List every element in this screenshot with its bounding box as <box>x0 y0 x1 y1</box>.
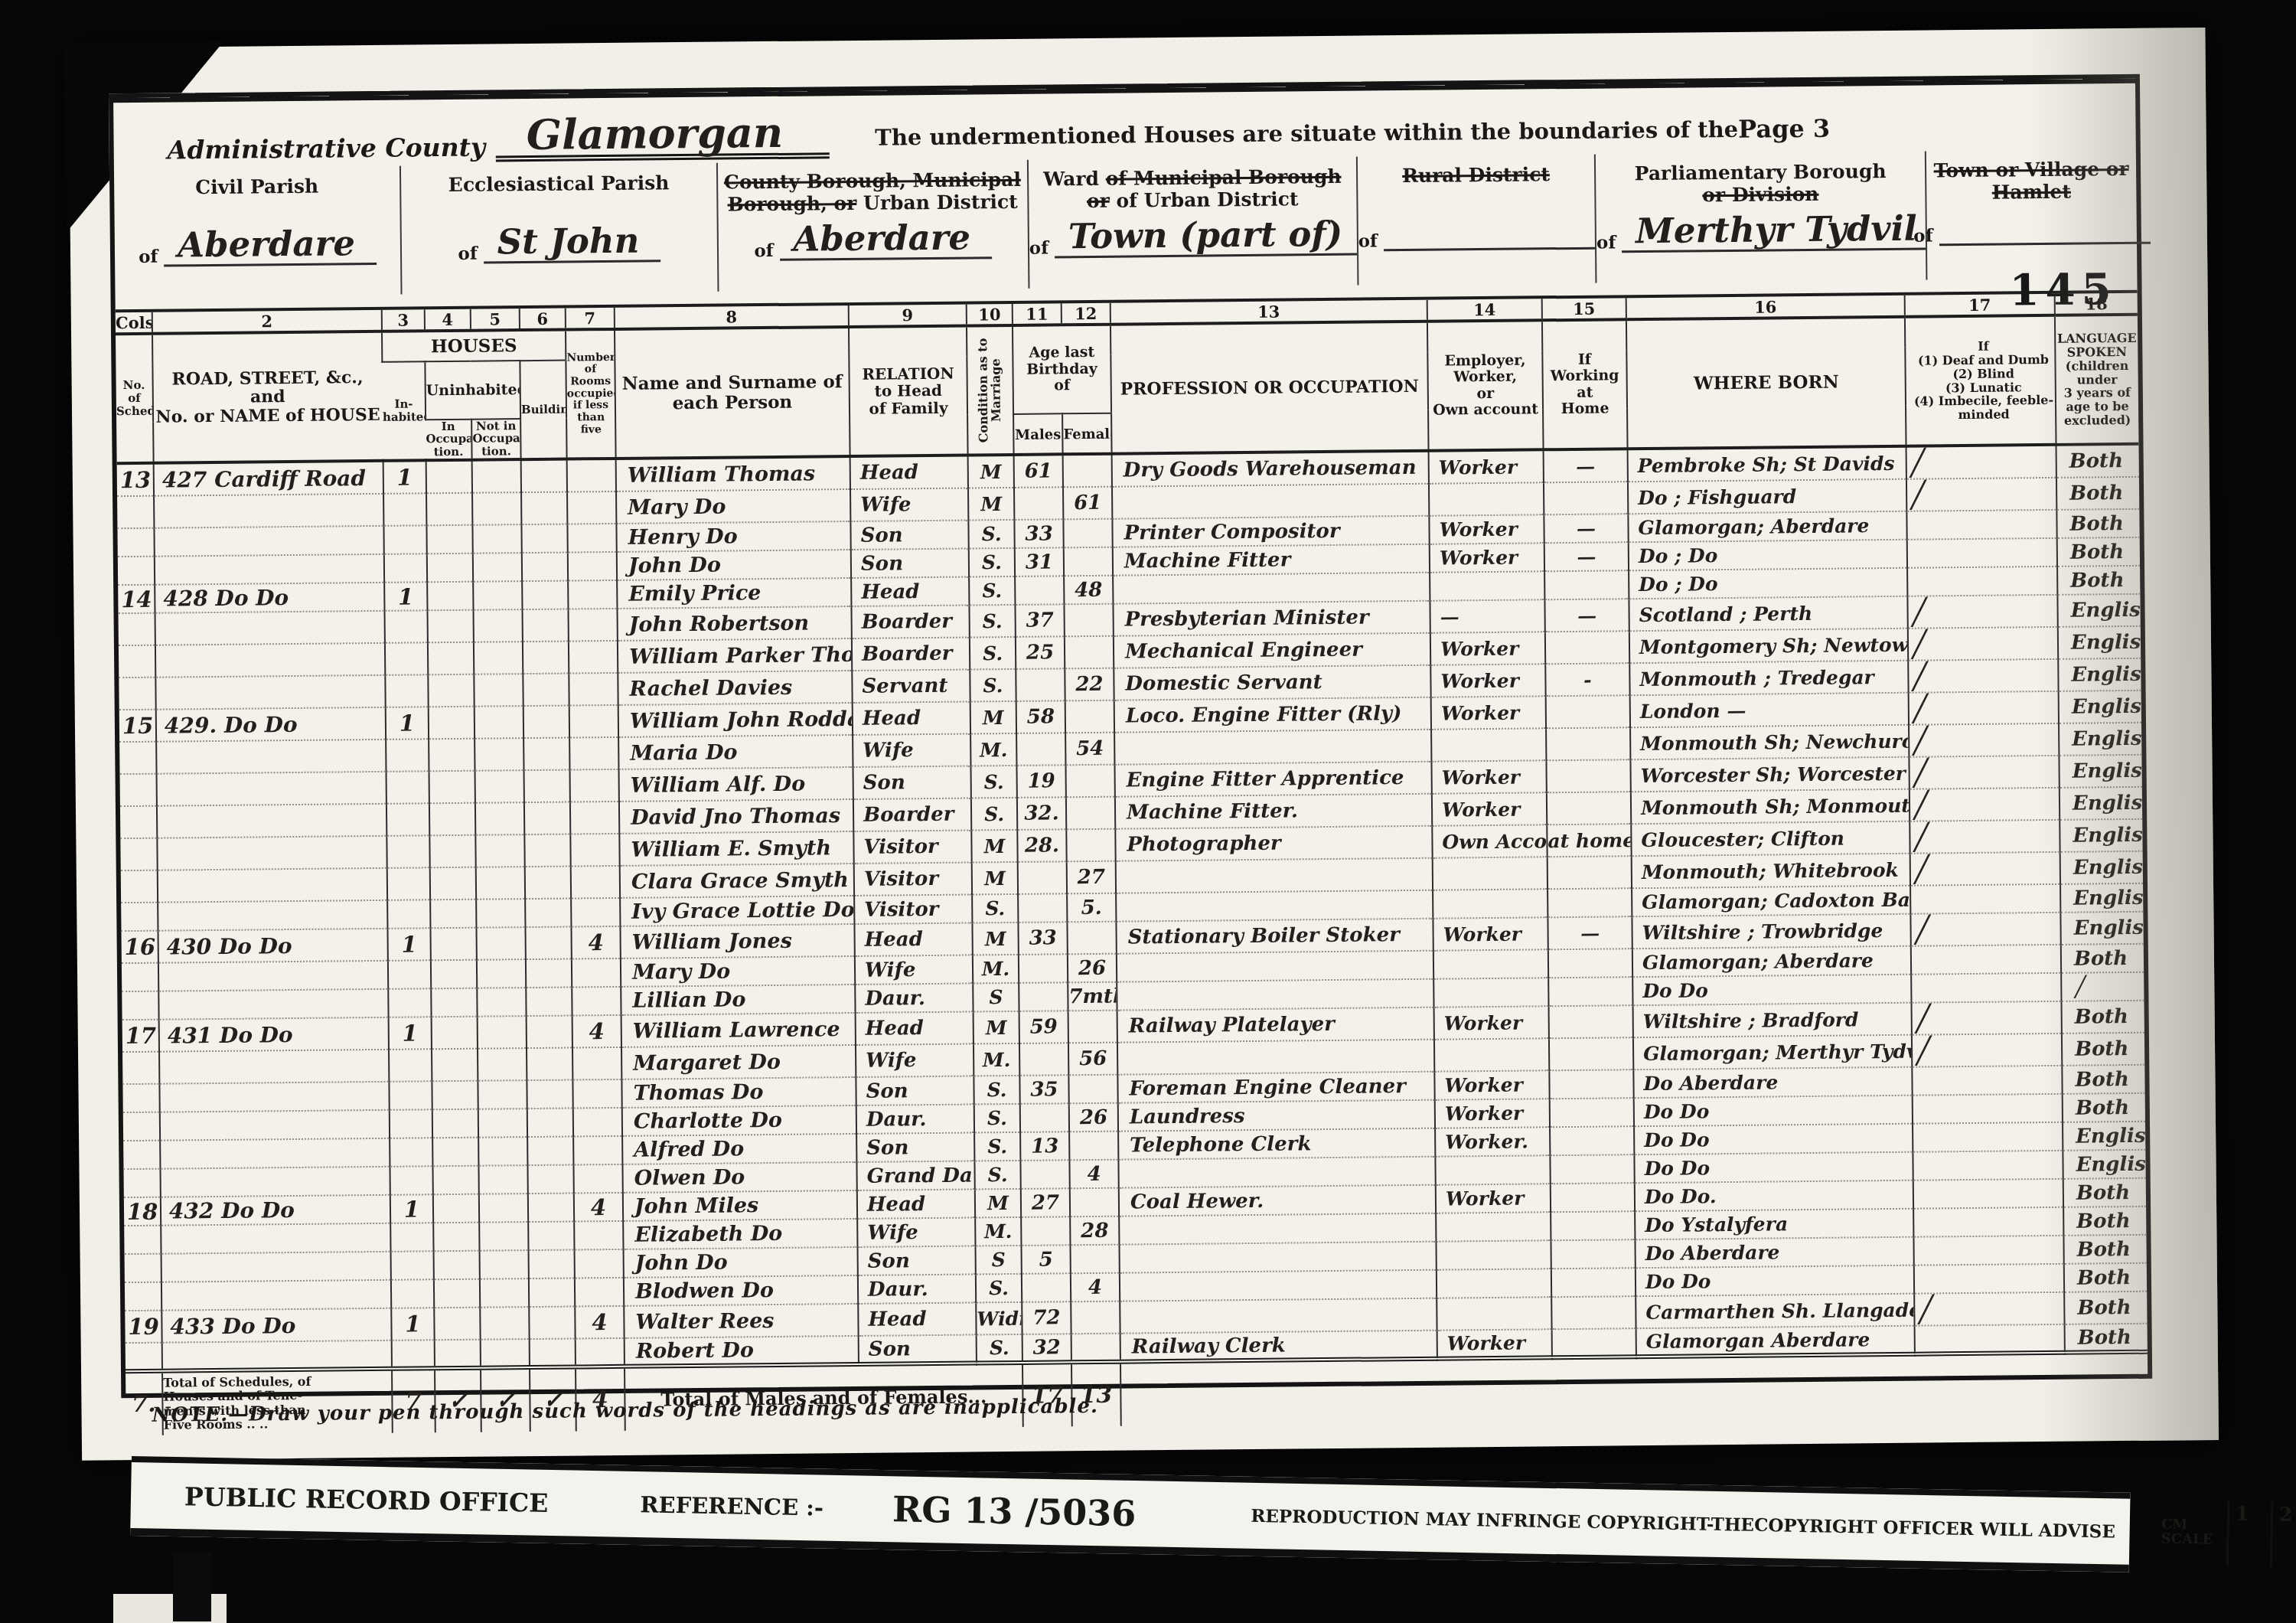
header-employer: Employer, Worker, or Own account <box>1427 320 1544 450</box>
cell-employer: Worker <box>1434 1070 1549 1099</box>
cell-relation: Visitor <box>853 830 971 863</box>
col-number-13: 13 <box>1110 300 1427 325</box>
cell-inhabited <box>390 1223 433 1252</box>
cell-not_in_occupation <box>475 706 523 739</box>
cell-relation: Wife <box>857 1217 975 1246</box>
cell-age_f: 26 <box>1069 1103 1118 1132</box>
form-border: Administrative County Glamorgan The unde… <box>109 74 2152 1398</box>
cell-schedule <box>120 838 157 870</box>
cell-not_in_occupation <box>472 492 521 525</box>
cell-condition: M. <box>973 955 1019 984</box>
cell-born: Glamorgan; Aberdare <box>1632 946 1911 977</box>
field-urban-district: County Borough, Municipal Borough, or Ur… <box>716 160 1029 292</box>
header-profession: PROFESSION OR OCCUPATION <box>1110 322 1429 454</box>
cell-in_occupation <box>426 493 472 526</box>
cell-infirmity <box>1913 1151 2063 1181</box>
ruler-mark-1: 1 <box>2226 1501 2272 1567</box>
cell-building <box>523 738 569 771</box>
cell-address <box>158 989 388 1020</box>
cell-born: Wiltshire ; Bradford <box>1633 1003 1912 1037</box>
cell-condition: M <box>972 862 1018 895</box>
cell-not_in_occupation <box>478 1016 527 1049</box>
cell-inhabited: 1 <box>390 1194 433 1223</box>
cell-age_m: 31 <box>1015 547 1064 576</box>
cell-relation: Son <box>853 766 970 798</box>
header-males: Males <box>1013 413 1063 455</box>
cell-born: Glamorgan; Merthyr Tydvil <box>1633 1035 1912 1069</box>
cell-employer <box>1433 949 1548 978</box>
cell-schedule <box>123 1169 160 1197</box>
cell-in_occupation <box>430 867 476 900</box>
cell-inhabited <box>386 739 429 772</box>
cell-address <box>158 961 388 991</box>
cell-age_m <box>1018 861 1067 894</box>
cell-infirmity: ╱ <box>1909 691 2059 725</box>
cell-in_occupation <box>431 988 477 1017</box>
cell-born: Do Ystalyfera <box>1635 1209 1913 1239</box>
cell-at_home <box>1548 949 1632 978</box>
pro-copyright-warning: REPRODUCTION MAY INFRINGE COPYRIGHT-THEC… <box>1251 1505 2115 1542</box>
cell-at_home <box>1552 1328 1636 1357</box>
cell-condition: S. <box>969 548 1015 577</box>
cell-occupation: Dry Goods Warehouseman <box>1112 451 1429 487</box>
cell-age_f <box>1065 765 1114 798</box>
cell-schedule <box>121 870 158 903</box>
cell-building <box>522 553 568 582</box>
cell-relation: Son <box>856 1132 974 1161</box>
cell-rooms <box>568 580 617 609</box>
cell-employer <box>1433 889 1548 918</box>
of-word: of <box>139 247 158 267</box>
cell-infirmity <box>1913 1179 2063 1209</box>
cell-in_occupation <box>434 1308 480 1341</box>
cell-name: Mary Do <box>616 489 850 524</box>
cell-language: Both <box>2062 1065 2144 1094</box>
cell-condition: S. <box>977 1334 1022 1363</box>
cell-at_home <box>1546 759 1630 792</box>
cell-language: Both <box>2065 1324 2148 1353</box>
cell-employer: Worker <box>1432 792 1547 825</box>
cell-in_occupation <box>429 835 475 868</box>
cell-address <box>159 1082 389 1112</box>
cell-relation: Daur. <box>856 1104 974 1133</box>
cell-age_f: 5. <box>1067 893 1116 923</box>
cell-at_home <box>1550 1098 1634 1127</box>
cell-occupation: Machine Fitter <box>1113 544 1430 576</box>
cm-ruler: 123456 <box>2226 1501 2296 1571</box>
cell-born: Monmouth; Whitebrook <box>1632 854 1910 888</box>
col-number-4: 4 <box>425 309 471 331</box>
cell-infirmity: ╱ <box>1906 445 2056 479</box>
header-building: Building. <box>520 361 566 460</box>
cell-occupation <box>1117 951 1433 982</box>
cell-language: English <box>2058 658 2141 691</box>
cell-employer: Worker <box>1436 1184 1551 1213</box>
cell-name: Rachel Davies <box>618 671 852 705</box>
admin-county-value: Glamorgan <box>496 114 830 162</box>
cell-inhabited <box>383 525 426 554</box>
cell-inhabited: 1 <box>387 928 430 961</box>
cell-in_occupation <box>427 582 473 611</box>
cell-schedule <box>125 1282 161 1311</box>
cell-not_in_occupation <box>476 899 525 928</box>
cell-in_occupation <box>432 1017 478 1050</box>
cell-relation: Son <box>851 549 969 578</box>
cell-language: Both <box>2064 1292 2147 1324</box>
cell-building <box>523 674 569 707</box>
header-inhabited: In- habited <box>382 361 426 461</box>
public-record-office-strip: PUBLIC RECORD OFFICE REFERENCE :- RG 13 … <box>130 1456 2130 1572</box>
cell-employer <box>1436 1240 1551 1269</box>
cell-name: Clara Grace Smyth <box>620 864 854 898</box>
cell-address <box>155 554 384 585</box>
cell-name: Elizabeth Do <box>623 1219 857 1249</box>
urban-district-struck1: County Borough, Municipal <box>724 168 1021 194</box>
cell-employer: Worker <box>1433 917 1548 950</box>
cell-condition: S <box>973 983 1019 1012</box>
cell-building <box>522 609 568 642</box>
cell-infirmity: ╱ <box>1907 595 2057 629</box>
cell-name: Emily Price <box>617 578 851 609</box>
cell-building <box>521 492 567 525</box>
cell-employer: Worker <box>1429 449 1544 483</box>
cell-language: Both <box>2063 1093 2145 1122</box>
cell-employer <box>1434 1038 1549 1071</box>
cell-in_occupation <box>430 900 476 929</box>
cell-age_m: 32. <box>1017 797 1066 830</box>
column-headers: No. of Schedule. ROAD, STREET, &c., and … <box>116 315 2139 463</box>
cell-age_f <box>1071 1301 1120 1334</box>
cell-building <box>528 1194 574 1223</box>
cm-scale-label: CM SCALE <box>2161 1518 2213 1548</box>
cell-in_occupation <box>432 1049 478 1082</box>
cell-inhabited: 1 <box>383 460 426 494</box>
cell-not_in_occupation <box>473 553 522 582</box>
rural-district-label: Rural District <box>1402 163 1550 187</box>
cell-age_m <box>1018 893 1067 923</box>
cell-not_in_occupation <box>478 1165 527 1194</box>
ward-value: Town (part of) <box>1055 217 1357 259</box>
header-age-group: Age last Birthday of <box>1013 325 1111 414</box>
cell-name: William Jones <box>620 924 854 958</box>
cell-age_f <box>1065 636 1114 669</box>
cell-inhabited: 1 <box>391 1308 434 1341</box>
cell-age_f <box>1063 454 1112 488</box>
cell-not_in_occupation <box>477 988 526 1017</box>
cell-occupation: Domestic Servant <box>1114 665 1430 700</box>
cell-age_f: 61 <box>1063 487 1112 520</box>
cell-rooms <box>569 737 618 770</box>
cell-employer <box>1429 482 1544 515</box>
cell-at_home <box>1551 1183 1635 1212</box>
folio-stamp-number: 145 <box>2009 264 2118 315</box>
col-number-7: 7 <box>566 308 615 330</box>
header-uninhabited-group: Uninhabited <box>425 361 520 420</box>
cell-occupation <box>1116 890 1433 922</box>
cell-born: Do Do <box>1634 1152 1913 1183</box>
cell-not_in_occupation <box>478 1048 527 1081</box>
admin-county-label: Administrative County <box>168 132 486 165</box>
cell-name: Mary Do <box>621 956 855 987</box>
cell-age_m: 25 <box>1016 636 1065 669</box>
cell-schedule <box>123 1141 160 1169</box>
cell-building <box>523 706 569 739</box>
cell-schedule <box>120 806 157 838</box>
cell-address <box>160 1138 390 1169</box>
cell-language: English <box>2063 1122 2145 1151</box>
cell-inhabited <box>390 1109 432 1138</box>
col-number-9: 9 <box>849 305 967 327</box>
cell-employer <box>1431 728 1546 761</box>
cell-occupation: Coal Hewer. <box>1119 1185 1436 1216</box>
cell-inhabited: 1 <box>386 707 429 740</box>
header-rooms: Number of Rooms occupied if less than fi… <box>566 329 616 459</box>
cell-age_m: 13 <box>1020 1132 1069 1161</box>
cell-schedule <box>119 742 156 774</box>
cell-born: Scotland ; Perth <box>1629 596 1907 631</box>
cell-age_m: 37 <box>1015 604 1064 637</box>
parliamentary-borough-kept: Parliamentary Borough <box>1635 160 1887 185</box>
cell-language: Both <box>2063 1207 2146 1236</box>
scanned-census-page: { "header": { "admin_county_label": "Adm… <box>0 0 2296 1623</box>
header-houses-group: HOUSES <box>382 330 566 362</box>
form-header: Administrative County Glamorgan The unde… <box>113 79 2138 312</box>
cell-relation: Wife <box>855 955 973 984</box>
cell-at_home: — <box>1548 916 1632 949</box>
cell-building <box>525 899 571 928</box>
cell-name: Walter Rees <box>624 1304 858 1338</box>
header-in-occupation: In Occupa- tion. <box>426 419 472 460</box>
cell-address: 428 Do Do <box>155 583 384 613</box>
of-word: of <box>458 243 478 264</box>
cell-occupation: Railway Platelayer <box>1117 1007 1434 1043</box>
cell-condition: M <box>968 488 1014 521</box>
cell-inhabited <box>391 1279 434 1308</box>
cell-occupation: Loco. Engine Fitter (Rly) <box>1114 697 1431 733</box>
cell-schedule <box>122 991 158 1020</box>
cell-language: English <box>2059 755 2141 788</box>
cell-born: Glamorgan; Cadoxton Barry <box>1632 886 1910 916</box>
header-schedule: No. of Schedule. <box>116 334 154 463</box>
cell-schedule: 18 <box>124 1197 161 1226</box>
cell-inhabited <box>385 642 428 675</box>
cell-infirmity <box>1911 973 2061 1003</box>
cell-language: Both <box>2057 566 2140 595</box>
cell-schedule <box>122 1084 159 1112</box>
cell-address <box>154 494 383 528</box>
cell-rooms <box>575 1249 624 1278</box>
cell-inhabited <box>389 1049 432 1082</box>
cell-relation: Visitor <box>854 894 972 923</box>
cell-employer: Worker <box>1430 664 1545 697</box>
cell-age_m: 35 <box>1019 1075 1068 1104</box>
cell-address <box>157 836 386 870</box>
cell-relation: Boarder <box>852 638 970 671</box>
urban-district-struck2: Borough, or <box>727 192 856 216</box>
cell-condition: S. <box>974 1076 1019 1105</box>
cell-not_in_occupation <box>475 738 523 771</box>
cell-name: Charlotte Do <box>622 1105 856 1136</box>
cell-condition: Widr <box>976 1302 1022 1335</box>
cell-employer: Worker <box>1434 1006 1549 1039</box>
cell-building <box>528 1221 574 1250</box>
cell-schedule <box>122 1052 159 1084</box>
field-parliamentary-borough: Parliamentary Borough or Division of Mer… <box>1594 151 1926 282</box>
cell-infirmity: ╱ <box>1909 756 2059 789</box>
cell-in_occupation <box>427 554 473 583</box>
cell-name: Alfred Do <box>622 1134 856 1164</box>
cell-not_in_occupation <box>475 802 524 835</box>
pro-office-label: PUBLIC RECORD OFFICE <box>184 1481 549 1518</box>
cell-rooms: 4 <box>574 1193 623 1222</box>
cell-infirmity: ╱ <box>1910 820 2060 854</box>
cell-language: Both <box>2061 944 2144 973</box>
cell-at_home <box>1550 1126 1634 1155</box>
cell-age_m <box>1020 1160 1069 1189</box>
cell-age_f <box>1065 700 1114 733</box>
cell-at_home <box>1551 1296 1636 1329</box>
cell-inhabited <box>384 554 427 583</box>
cell-name: Margaret Do <box>621 1045 856 1079</box>
cell-age_f: 27 <box>1067 861 1116 894</box>
cell-age_f <box>1068 1011 1117 1043</box>
col-number-6: 6 <box>520 309 566 331</box>
cell-building <box>527 1080 572 1109</box>
cell-schedule: 14 <box>118 585 155 613</box>
col-number-8: 8 <box>615 305 849 329</box>
cell-rooms <box>570 834 619 867</box>
civil-parish-label: Civil Parish <box>195 175 318 199</box>
cell-address <box>155 675 385 710</box>
cell-name: David Jno Thomas <box>619 799 853 834</box>
cell-born: Do Do. <box>1635 1181 1913 1211</box>
cell-age_m <box>1015 576 1064 605</box>
cell-rooms <box>572 958 621 988</box>
cell-inhabited <box>386 835 429 868</box>
cell-occupation: Railway Clerk <box>1120 1331 1437 1362</box>
cell-condition: M. <box>975 1217 1021 1246</box>
cell-address <box>161 1252 391 1282</box>
of-word: of <box>1358 230 1378 251</box>
cell-age_m <box>1022 1273 1071 1302</box>
cell-in_occupation <box>434 1251 480 1280</box>
cell-language: Both <box>2063 1235 2146 1264</box>
cell-schedule: 13 <box>117 463 154 496</box>
col-number-16: 16 <box>1626 296 1905 319</box>
cell-age_f <box>1068 1075 1117 1104</box>
cell-language: English <box>2057 594 2140 627</box>
ward-kept2: of Urban District <box>1116 188 1298 211</box>
cell-rooms <box>571 866 620 899</box>
field-ecclesiastical-parish: Ecclesiastical Parish of St John <box>400 163 717 295</box>
cell-not_in_occupation <box>473 609 522 642</box>
ward-kept1: Ward <box>1043 168 1099 191</box>
town-village-value <box>1939 209 2150 247</box>
cell-at_home <box>1549 1005 1633 1038</box>
urban-district-kept: Urban District <box>863 191 1018 214</box>
header-row-fields: Civil Parish of Aberdare Ecclesiastical … <box>114 149 2137 297</box>
cell-relation: Boarder <box>851 606 969 638</box>
cell-born: Monmouth Sh; Newchurch <box>1630 725 1909 759</box>
cell-building <box>526 959 572 988</box>
cell-inhabited <box>389 1081 432 1110</box>
cell-inhabited <box>388 960 431 989</box>
cell-born: Glamorgan Aberdare <box>1636 1326 1915 1357</box>
cell-infirmity: ╱ <box>1912 1034 2062 1067</box>
cell-rooms <box>570 802 619 834</box>
cell-schedule <box>117 496 154 528</box>
cell-relation: Son <box>850 521 968 550</box>
cell-inhabited: 1 <box>389 1017 432 1050</box>
cell-age_f <box>1063 519 1112 548</box>
cell-name: Blodwen Do <box>624 1275 858 1306</box>
cell-name: Olwen Do <box>622 1162 856 1193</box>
ecclesiastical-parish-value: St John <box>483 223 660 263</box>
cell-address <box>161 1280 391 1311</box>
cell-infirmity <box>1912 1066 2062 1096</box>
cell-schedule: 15 <box>119 710 156 742</box>
cell-age_m <box>1020 1103 1069 1132</box>
parliamentary-borough-value: Merthyr Tydvil <box>1622 211 1926 253</box>
cell-rooms <box>572 987 621 1016</box>
cell-age_m <box>1016 733 1065 766</box>
cell-condition: M <box>975 1189 1021 1218</box>
cell-name: William Lawrence <box>621 1013 856 1047</box>
cell-occupation <box>1120 1270 1437 1301</box>
pro-reference-label: REFERENCE :- <box>640 1491 823 1520</box>
cell-not_in_occupation <box>478 1109 527 1138</box>
cell-address: 431 Do Do <box>159 1017 389 1052</box>
cell-relation: Head <box>851 577 969 606</box>
cell-occupation: Laundress <box>1118 1100 1435 1132</box>
cell-not_in_occupation <box>481 1339 530 1368</box>
cell-occupation: Machine Fitter. <box>1115 794 1432 829</box>
cell-not_in_occupation <box>480 1307 529 1340</box>
cell-in_occupation <box>429 771 475 804</box>
cell-schedule <box>124 1226 161 1254</box>
cell-at_home <box>1551 1211 1635 1240</box>
cell-inhabited: 1 <box>384 582 427 611</box>
cell-in_occupation <box>432 1166 478 1195</box>
cell-age_m: 58 <box>1016 700 1065 733</box>
cell-age_m <box>1021 1216 1070 1246</box>
cell-age_f <box>1071 1334 1120 1363</box>
cell-infirmity <box>1910 884 2060 914</box>
scan-ink-blot <box>173 1553 211 1621</box>
rural-district-value <box>1384 214 1595 252</box>
cell-infirmity <box>1907 538 2057 568</box>
cell-rooms <box>573 1136 622 1165</box>
cell-age_f: 4 <box>1071 1273 1120 1302</box>
cell-infirmity <box>1906 510 2056 540</box>
of-word: of <box>1913 225 1933 246</box>
cell-language: English <box>2059 723 2141 756</box>
cell-infirmity: ╱ <box>1910 788 2060 821</box>
cell-employer: Worker. <box>1435 1127 1550 1156</box>
cell-at_home <box>1544 570 1629 599</box>
cell-at_home <box>1545 631 1629 664</box>
cell-occupation <box>1113 573 1430 604</box>
cell-employer <box>1437 1269 1551 1298</box>
cell-building <box>530 1338 576 1367</box>
cell-building <box>525 867 571 900</box>
cell-not_in_occupation <box>479 1222 528 1251</box>
cell-rooms: 4 <box>572 1015 621 1048</box>
cell-name: John Do <box>624 1247 858 1278</box>
cell-inhabited <box>385 610 428 643</box>
header-at-home: If Working at Home <box>1542 319 1628 449</box>
civil-parish-value: Aberdare <box>164 226 377 267</box>
